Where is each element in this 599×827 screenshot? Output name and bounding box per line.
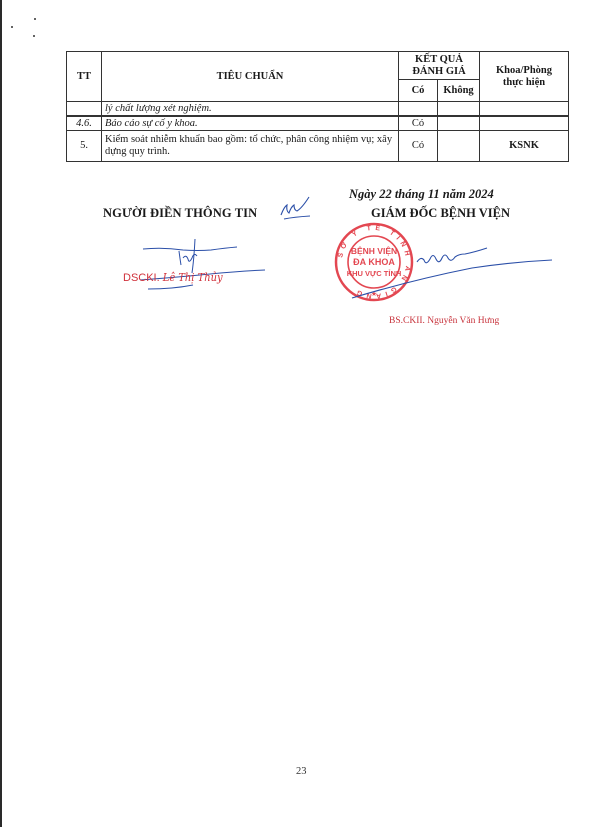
scan-edge-artifact <box>0 0 2 827</box>
header-dept-line2: thực hiện <box>483 77 565 89</box>
header-result-group: KẾT QUẢ ĐÁNH GIÁ <box>399 52 480 80</box>
director-name: BS.CKII. Nguyễn Văn Hưng <box>389 316 499 326</box>
official-stamp: SỞ Y TẾ TỈNH AN GIANG BỆNH VIỆN ĐA KHOA … <box>336 222 412 300</box>
table-row: lý chất lượng xét nghiệm. <box>67 102 569 117</box>
header-dept: Khoa/Phòng thực hiện <box>480 52 569 102</box>
scan-speck <box>33 35 35 37</box>
filler-initials-signature <box>281 197 310 219</box>
header-criteria: TIÊU CHUẨN <box>102 52 399 102</box>
header-result-line2: ĐÁNH GIÁ <box>402 66 476 78</box>
cell-yes: Có <box>399 131 438 162</box>
criteria-table: TT TIÊU CHUẨN KẾT QUẢ ĐÁNH GIÁ Khoa/Phòn… <box>66 51 569 162</box>
filler-name-text: Lê Thị Thủy <box>163 271 223 284</box>
cell-dept: KSNK <box>480 131 569 162</box>
cell-yes <box>399 102 438 117</box>
table-row: 5. Kiểm soát nhiễm khuẩn bao gồm: tổ chứ… <box>67 131 569 162</box>
cell-no <box>438 102 480 117</box>
cell-yes: Có <box>399 116 438 131</box>
cell-criteria: Báo cáo sự cố y khoa. <box>102 116 399 131</box>
director-title: GIÁM ĐỐC BỆNH VIỆN <box>371 206 510 221</box>
header-result-line1: KẾT QUẢ <box>402 54 476 66</box>
cell-tt: 4.6. <box>67 116 102 131</box>
page-number: 23 <box>296 766 307 777</box>
svg-text:SỞ Y TẾ TỈNH AN GIANG: SỞ Y TẾ TỈNH AN GIANG <box>337 222 411 299</box>
cell-no <box>438 131 480 162</box>
header-tt: TT <box>67 52 102 102</box>
filler-name-prefix: DSCKI. <box>123 272 160 284</box>
cell-dept <box>480 116 569 131</box>
header-dept-line1: Khoa/Phòng <box>483 65 565 77</box>
cell-dept <box>480 102 569 117</box>
svg-text:BỆNH VIỆN: BỆNH VIỆN <box>351 245 397 256</box>
svg-text:★: ★ <box>371 290 377 298</box>
header-yes: Có <box>399 80 438 102</box>
svg-text:ĐA KHOA: ĐA KHOA <box>353 257 395 267</box>
cell-tt <box>67 102 102 117</box>
filler-title: NGƯỜI ĐIỀN THÔNG TIN <box>103 206 257 221</box>
cell-tt: 5. <box>67 131 102 162</box>
table-row: 4.6. Báo cáo sự cố y khoa. Có <box>67 116 569 131</box>
svg-text:KHU VỰC TỈNH: KHU VỰC TỈNH <box>347 269 402 278</box>
cell-criteria: Kiểm soát nhiễm khuẩn bao gồm: tổ chức, … <box>102 131 399 162</box>
cell-no <box>438 116 480 131</box>
cell-criteria: lý chất lượng xét nghiệm. <box>102 102 399 117</box>
signing-date: Ngày 22 tháng 11 năm 2024 <box>349 187 494 202</box>
filler-name: DSCKI. Lê Thị Thủy <box>123 271 223 284</box>
scan-speck <box>34 18 36 20</box>
header-no: Không <box>438 80 480 102</box>
scan-speck <box>11 26 13 28</box>
director-signature <box>352 248 552 298</box>
